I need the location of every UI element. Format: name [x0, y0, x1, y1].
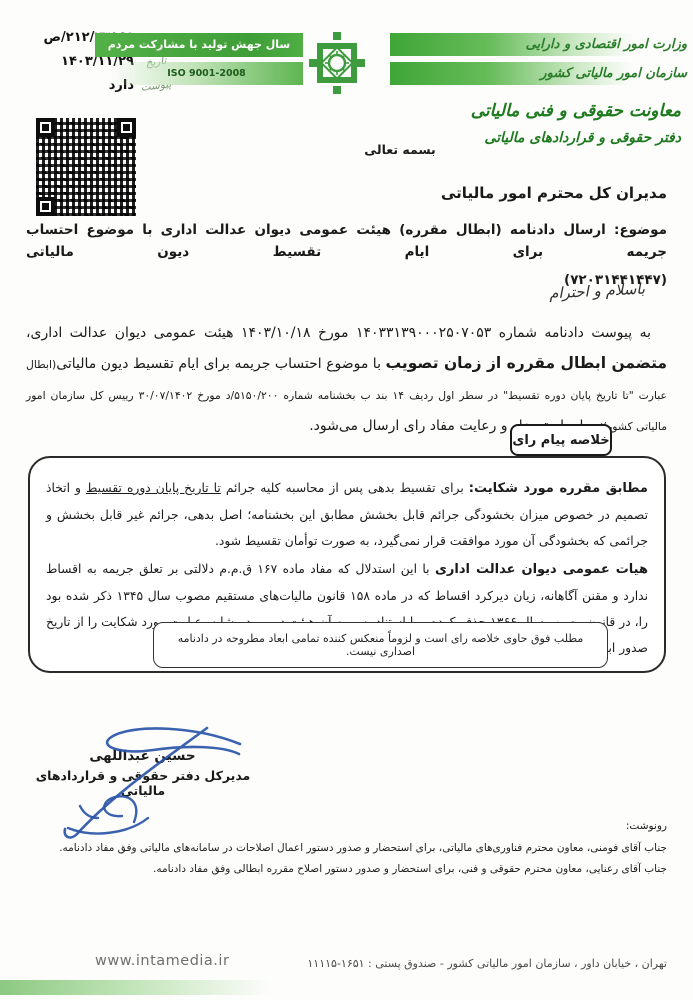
recipient-line: مدیران کل محترم امور مالیاتی [441, 184, 667, 202]
organization-name: سازمان امور مالیاتی کشور [540, 62, 687, 85]
summary-title-box: خلاصه پیام رای [510, 424, 612, 456]
cc-label: رونوشت: [26, 816, 667, 838]
footer-website-link[interactable]: www.intamedia.ir [95, 953, 229, 969]
subject-block: موضوع: ارسال دادنامه (ابطال مقرره) هیئت … [26, 219, 667, 288]
summary-paragraph-regulation: مطابق مقرره مورد شکایت: برای تقسیط بدهی … [46, 475, 648, 554]
qr-finder-icon [117, 118, 136, 137]
summary-p1-lead: مطابق مقرره مورد شکایت: [469, 481, 648, 496]
qr-code [36, 118, 136, 216]
office-name: دفتر حقوقی و قراردادهای مالیاتی [471, 130, 681, 146]
summary-disclaimer-box: مطلب فوق حاوی خلاصه رای است و لزوماً منع… [153, 622, 608, 668]
letter-page: شماره ۲۱۲/۲۳۵۶۸/ص تاریخ ۱۴۰۳/۱۱/۲۹ پیوست… [0, 0, 693, 1000]
bismillah: بسمه تعالی [320, 142, 480, 157]
signatory-title: مدیرکل دفتر حقوقی و قراردادهای مالیاتی [18, 768, 268, 798]
iso-certification-label: ISO 9001-2008 [110, 62, 303, 85]
qr-finder-icon [36, 197, 55, 216]
deputy-name: معاونت حقوقی و فنی مالیاتی [471, 101, 681, 121]
ministry-name: وزارت امور اقتصادی و دارایی [526, 33, 687, 56]
cc-block: رونوشت: جناب آقای فومنی، معاون محترم فنا… [26, 816, 667, 881]
summary-p2-lead: هیات عمومی دیوان عدالت اداری [435, 562, 648, 577]
salutation-script: باسلام و احترام [549, 279, 646, 302]
qr-finder-icon [36, 118, 55, 137]
department-header: معاونت حقوقی و فنی مالیاتی دفتر حقوقی و … [471, 101, 681, 146]
signatory-name: حسین عبداللهی [30, 748, 255, 764]
footer-address: تهران ، خیابان داور ، سازمان امور مالیات… [307, 957, 667, 970]
body-intro: به پیوست دادنامه شماره ۱۴۰۳۳۱۳۹۰۰۰۲۵۰۷۰۵… [26, 325, 651, 341]
cc-item: جناب آقای فومنی، معاون محترم فناوری‌های … [26, 838, 667, 860]
footer-green-bar [0, 980, 272, 995]
year-slogan-banner: سال جهش تولید با مشارکت مردم [95, 33, 303, 57]
summary-p1-text-a: برای تقسیط بدهی پس از محاسبه کلیه جرائم [226, 481, 464, 495]
tax-organization-logo-icon [306, 28, 368, 102]
body-middle: با موضوع احتساب جریمه برای ایام تقسیط دی… [56, 356, 381, 372]
subject-text: موضوع: ارسال دادنامه (ابطال مقرره) هیئت … [26, 219, 667, 263]
cc-item: جناب آقای رعنایی، معاون محترم حقوقی و فن… [26, 859, 667, 881]
body-bold-phrase: متضمن ابطال مقرره از زمان تصویب [385, 354, 667, 372]
summary-p1-underlined: تا تاریخ پایان دوره تقسیط [86, 481, 221, 495]
